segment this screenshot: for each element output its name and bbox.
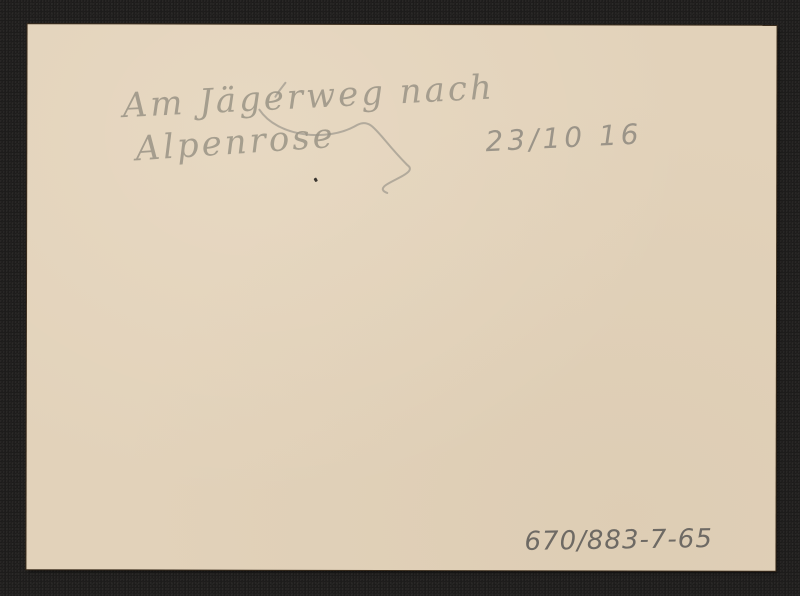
- handwritten-date: 23/10 16: [485, 117, 644, 158]
- catalog-number: 670/883-7-65: [524, 524, 713, 557]
- archival-card: Am Jägerweg nach Alpenrose 23/10 16 670/…: [26, 24, 776, 571]
- paper-speck: [313, 177, 318, 182]
